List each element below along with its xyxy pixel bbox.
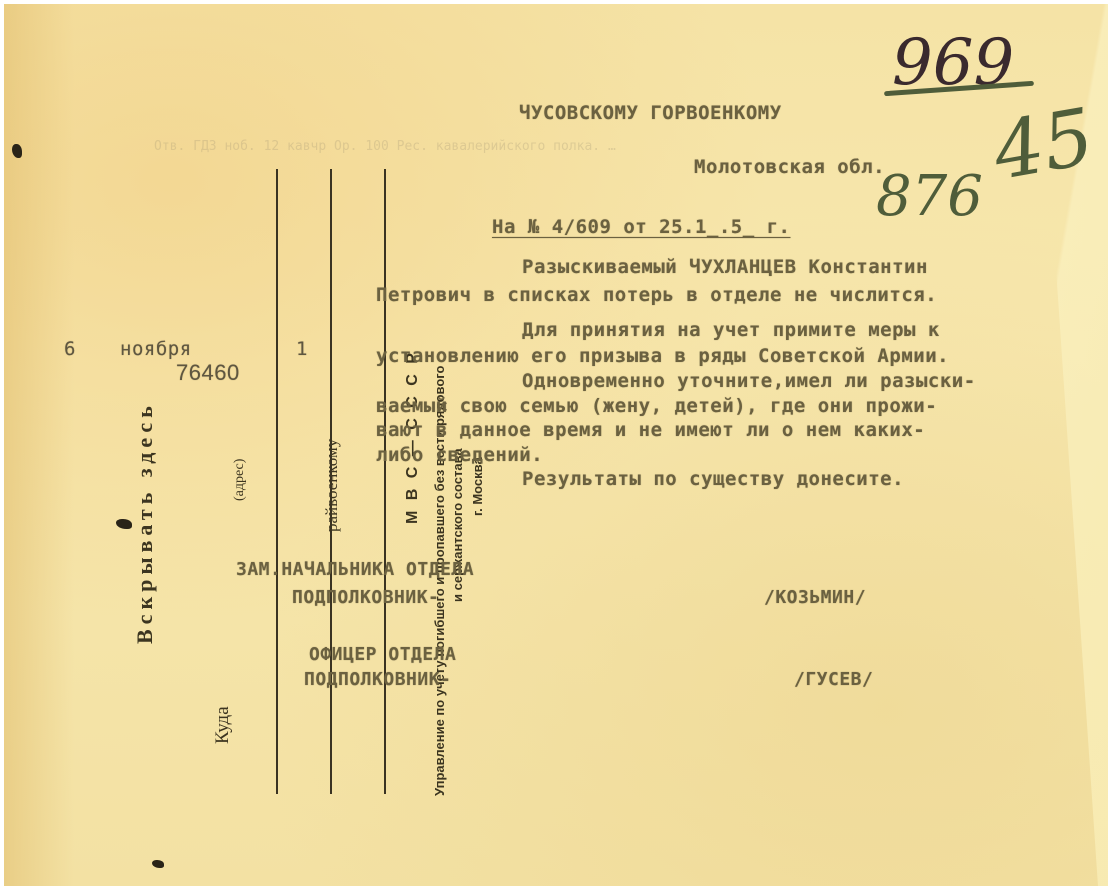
handwritten-number-green: 876 bbox=[876, 164, 983, 229]
date-month: ноября bbox=[120, 338, 192, 360]
body-line: Для принятия на учет примите меры к bbox=[522, 319, 940, 341]
rayvoenkom-label: райвоенкому bbox=[322, 439, 342, 532]
city-label: г. Москва bbox=[470, 457, 485, 516]
signature-rank: ПОДПОЛКОВНИК- bbox=[292, 587, 439, 608]
paper-hole bbox=[152, 860, 164, 868]
handwritten-number-green: 45 bbox=[987, 92, 1100, 198]
body-line: ваемый свою семью (жену, детей), где они… bbox=[376, 395, 937, 417]
date-number: 1 bbox=[296, 338, 308, 360]
paper-tear bbox=[12, 144, 22, 158]
body-line: Петрович в списках потерь в отделе не чи… bbox=[376, 284, 937, 306]
open-here-label: Вскрывать здесь bbox=[132, 401, 158, 644]
date-day: 6 bbox=[64, 338, 76, 360]
signature-rank: ПОДПОЛКОВНИК- bbox=[304, 669, 451, 690]
paper-shadow bbox=[4, 4, 74, 886]
reference-number: На № 4/609 от 25.1_.5_ г. bbox=[492, 216, 790, 238]
body-line: вают в данное время и не имеют ли о нем … bbox=[376, 419, 925, 441]
to-label: Куда bbox=[212, 706, 234, 744]
body-line: установлению его призыва в ряды Советско… bbox=[376, 345, 949, 367]
document-page: Отв. ГДЗ ноб. 12 кавчр Ор. 100 Рес. кава… bbox=[4, 4, 1108, 886]
body-line: Результаты по существу донесите. bbox=[522, 468, 904, 490]
bleed-through-text: Отв. ГДЗ ноб. 12 кавчр Ор. 100 Рес. кава… bbox=[154, 139, 616, 154]
addressee-line2: Молотовская обл. bbox=[694, 156, 885, 178]
paper-hole bbox=[116, 519, 132, 529]
signature-title: ОФИЦЕР ОТДЕЛА bbox=[309, 644, 456, 665]
body-line: Разыскиваемый ЧУХЛАНЦЕВ Константин bbox=[522, 256, 928, 278]
signature-name: /КОЗЬМИН/ bbox=[764, 587, 866, 608]
addressee-line1: ЧУСОВСКОМУ ГОРВОЕНКОМУ bbox=[519, 102, 782, 124]
form-line bbox=[384, 169, 386, 794]
body-line: либо сведений. bbox=[376, 444, 543, 466]
form-line bbox=[276, 169, 278, 794]
body-line: Одновременно уточните,имел ли разыски- bbox=[522, 370, 976, 392]
postal-code: 76460 bbox=[176, 360, 240, 386]
signature-name: /ГУСЕВ/ bbox=[794, 669, 873, 690]
address-label: (адрес) bbox=[232, 459, 248, 501]
signature-title: ЗАМ.НАЧАЛЬНИКА ОТДЕЛА bbox=[236, 559, 474, 580]
